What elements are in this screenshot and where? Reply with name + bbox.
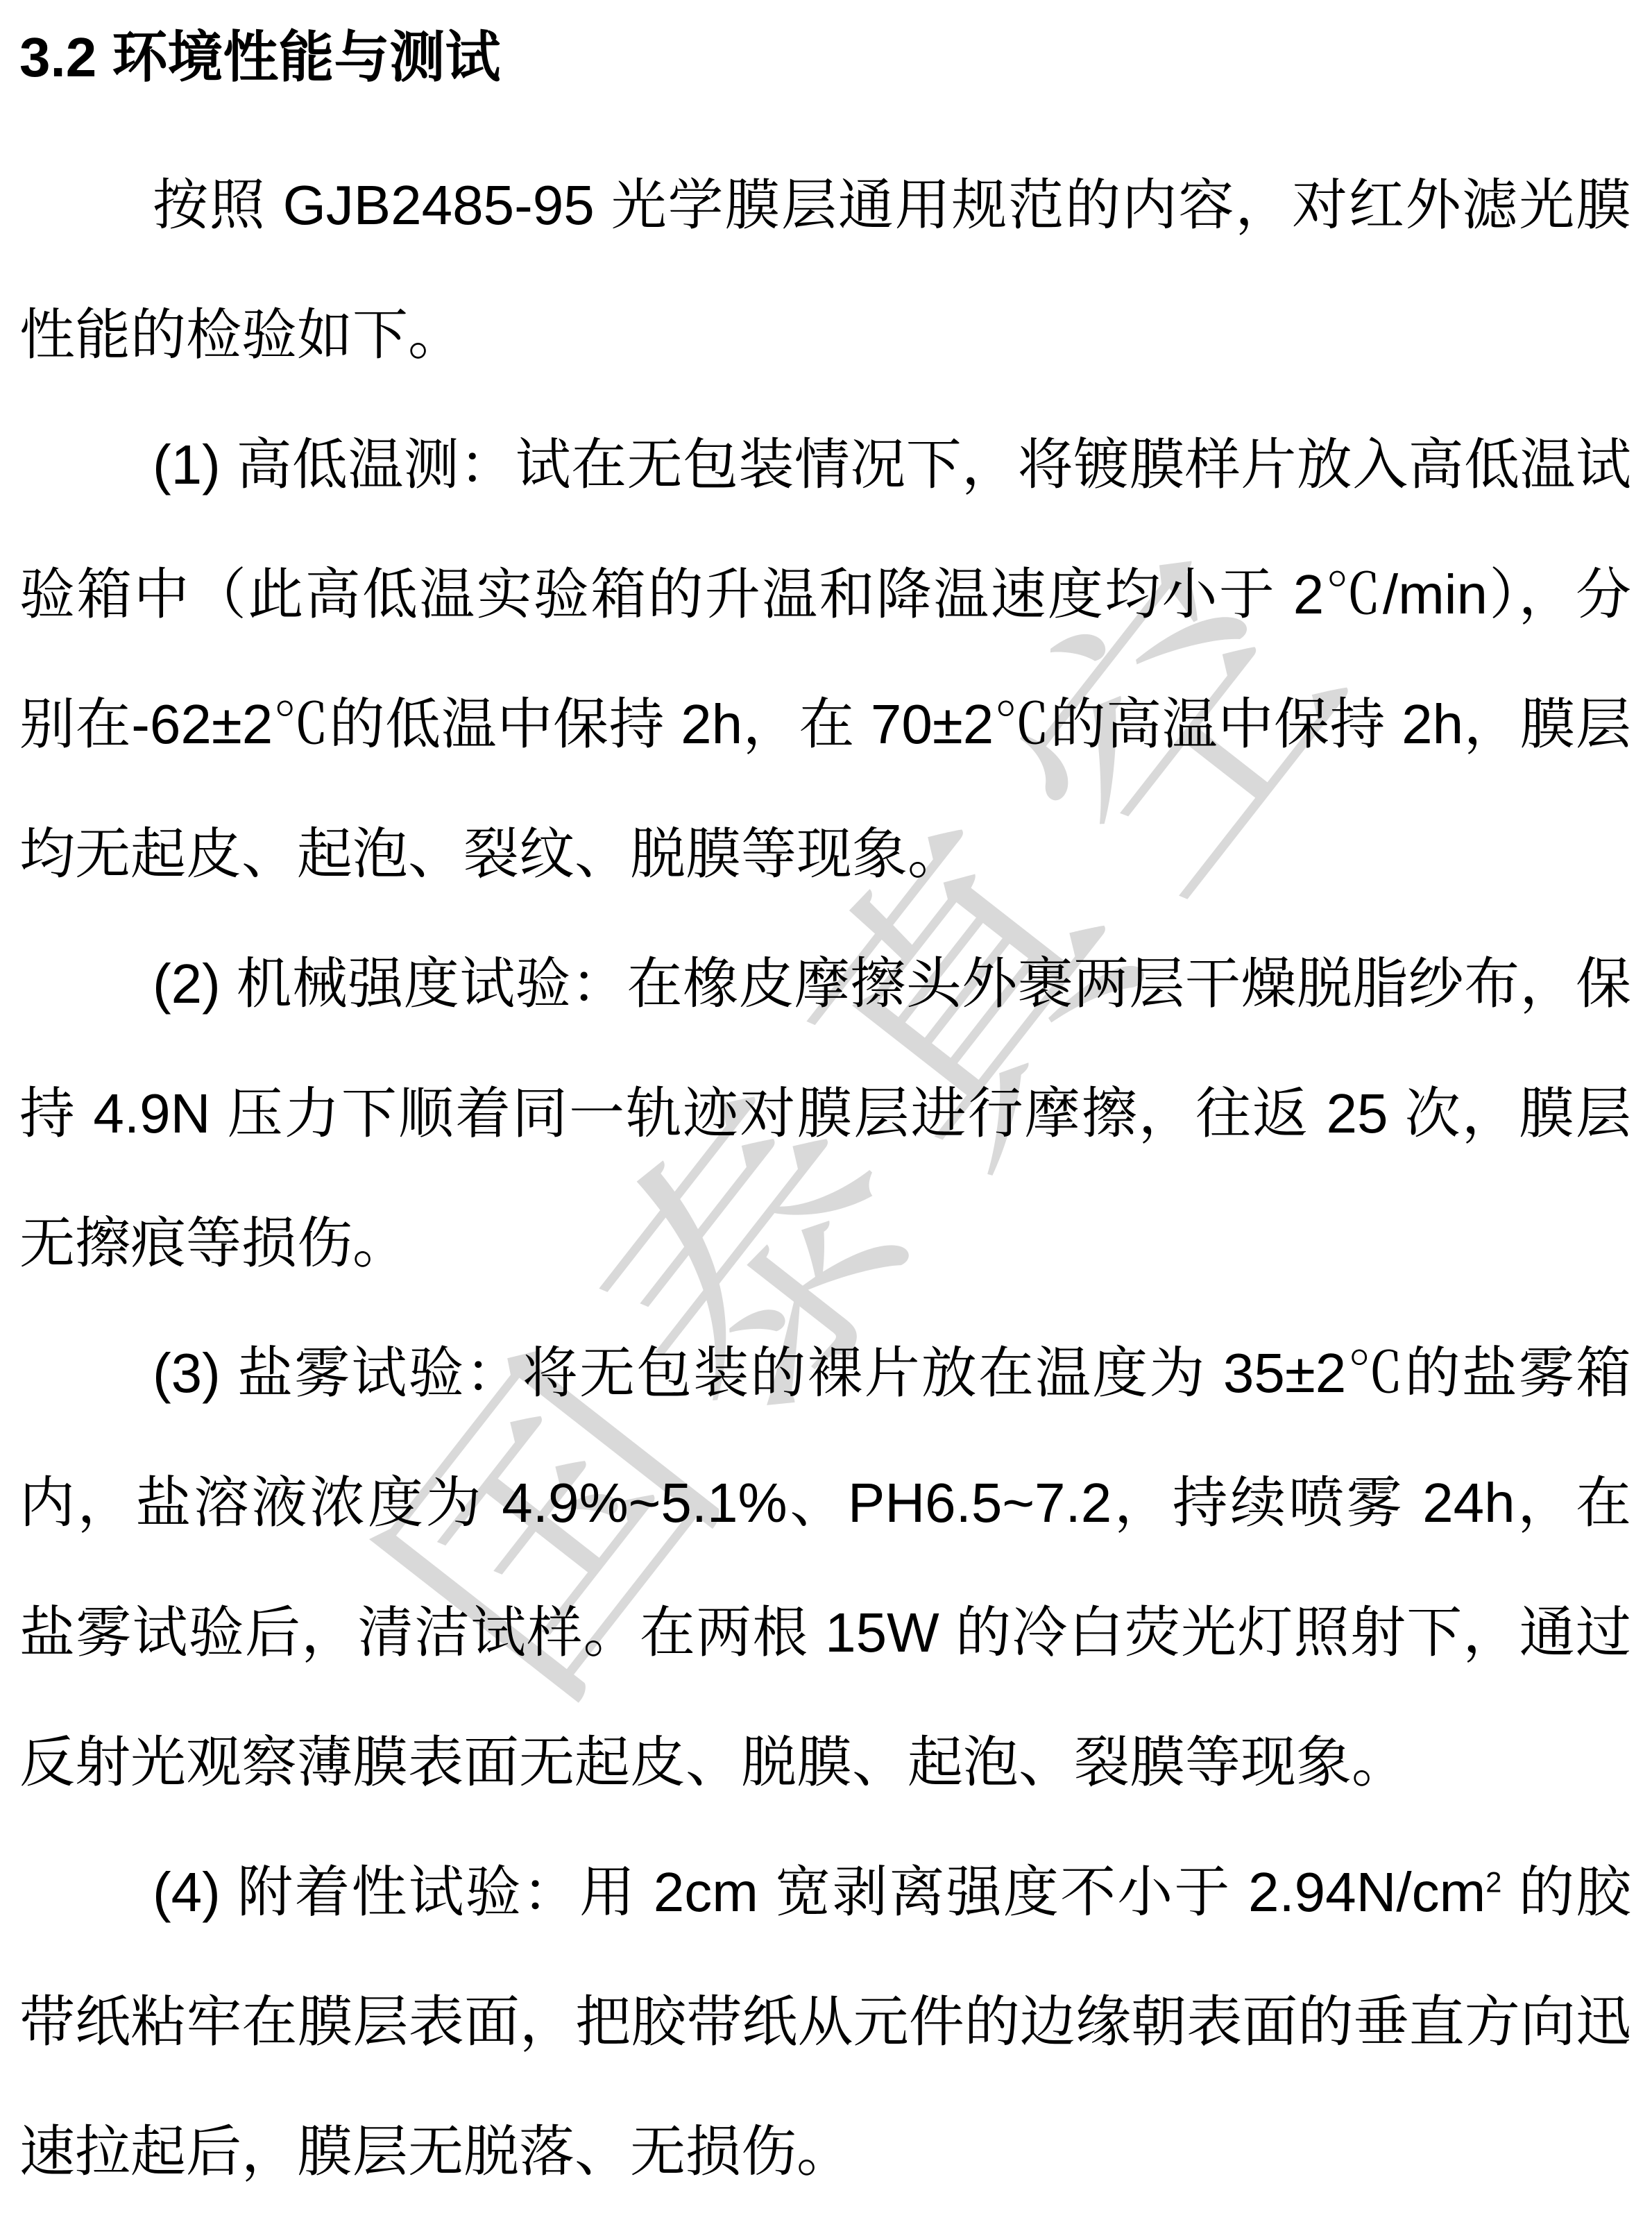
document-page: 国泰真空 3.2 环境性能与测试 按照 GJB2485-95 光学膜层通用规范的…	[0, 0, 1652, 2238]
paragraph-test-mechanical-strength: (2) 机械强度试验：在橡皮摩擦头外裹两层干燥脱脂纱布，保持 4.9N 压力下顺…	[19, 919, 1631, 1308]
section-heading: 3.2 环境性能与测试	[19, 15, 1631, 100]
document-content: 3.2 环境性能与测试 按照 GJB2485-95 光学膜层通用规范的内容，对红…	[19, 15, 1631, 2216]
paragraph-test-high-low-temp: (1) 高低温测：试在无包装情况下，将镀膜样片放入高低温试验箱中（此高低温实验箱…	[19, 400, 1631, 919]
paragraph-test-salt-fog: (3) 盐雾试验：将无包装的裸片放在温度为 35±2℃的盐雾箱内，盐溶液浓度为 …	[19, 1308, 1631, 1827]
paragraph-test-adhesion: (4) 附着性试验：用 2cm 宽剥离强度不小于 2.94N/cm2 的胶带纸粘…	[19, 1827, 1631, 2216]
paragraph-intro: 按照 GJB2485-95 光学膜层通用规范的内容，对红外滤光膜性能的检验如下。	[19, 140, 1631, 400]
superscript-exponent: 2	[1485, 1865, 1501, 1898]
paragraph-test-adhesion-text: (4) 附着性试验：用 2cm 宽剥离强度不小于 2.94N/cm	[153, 1861, 1485, 1923]
